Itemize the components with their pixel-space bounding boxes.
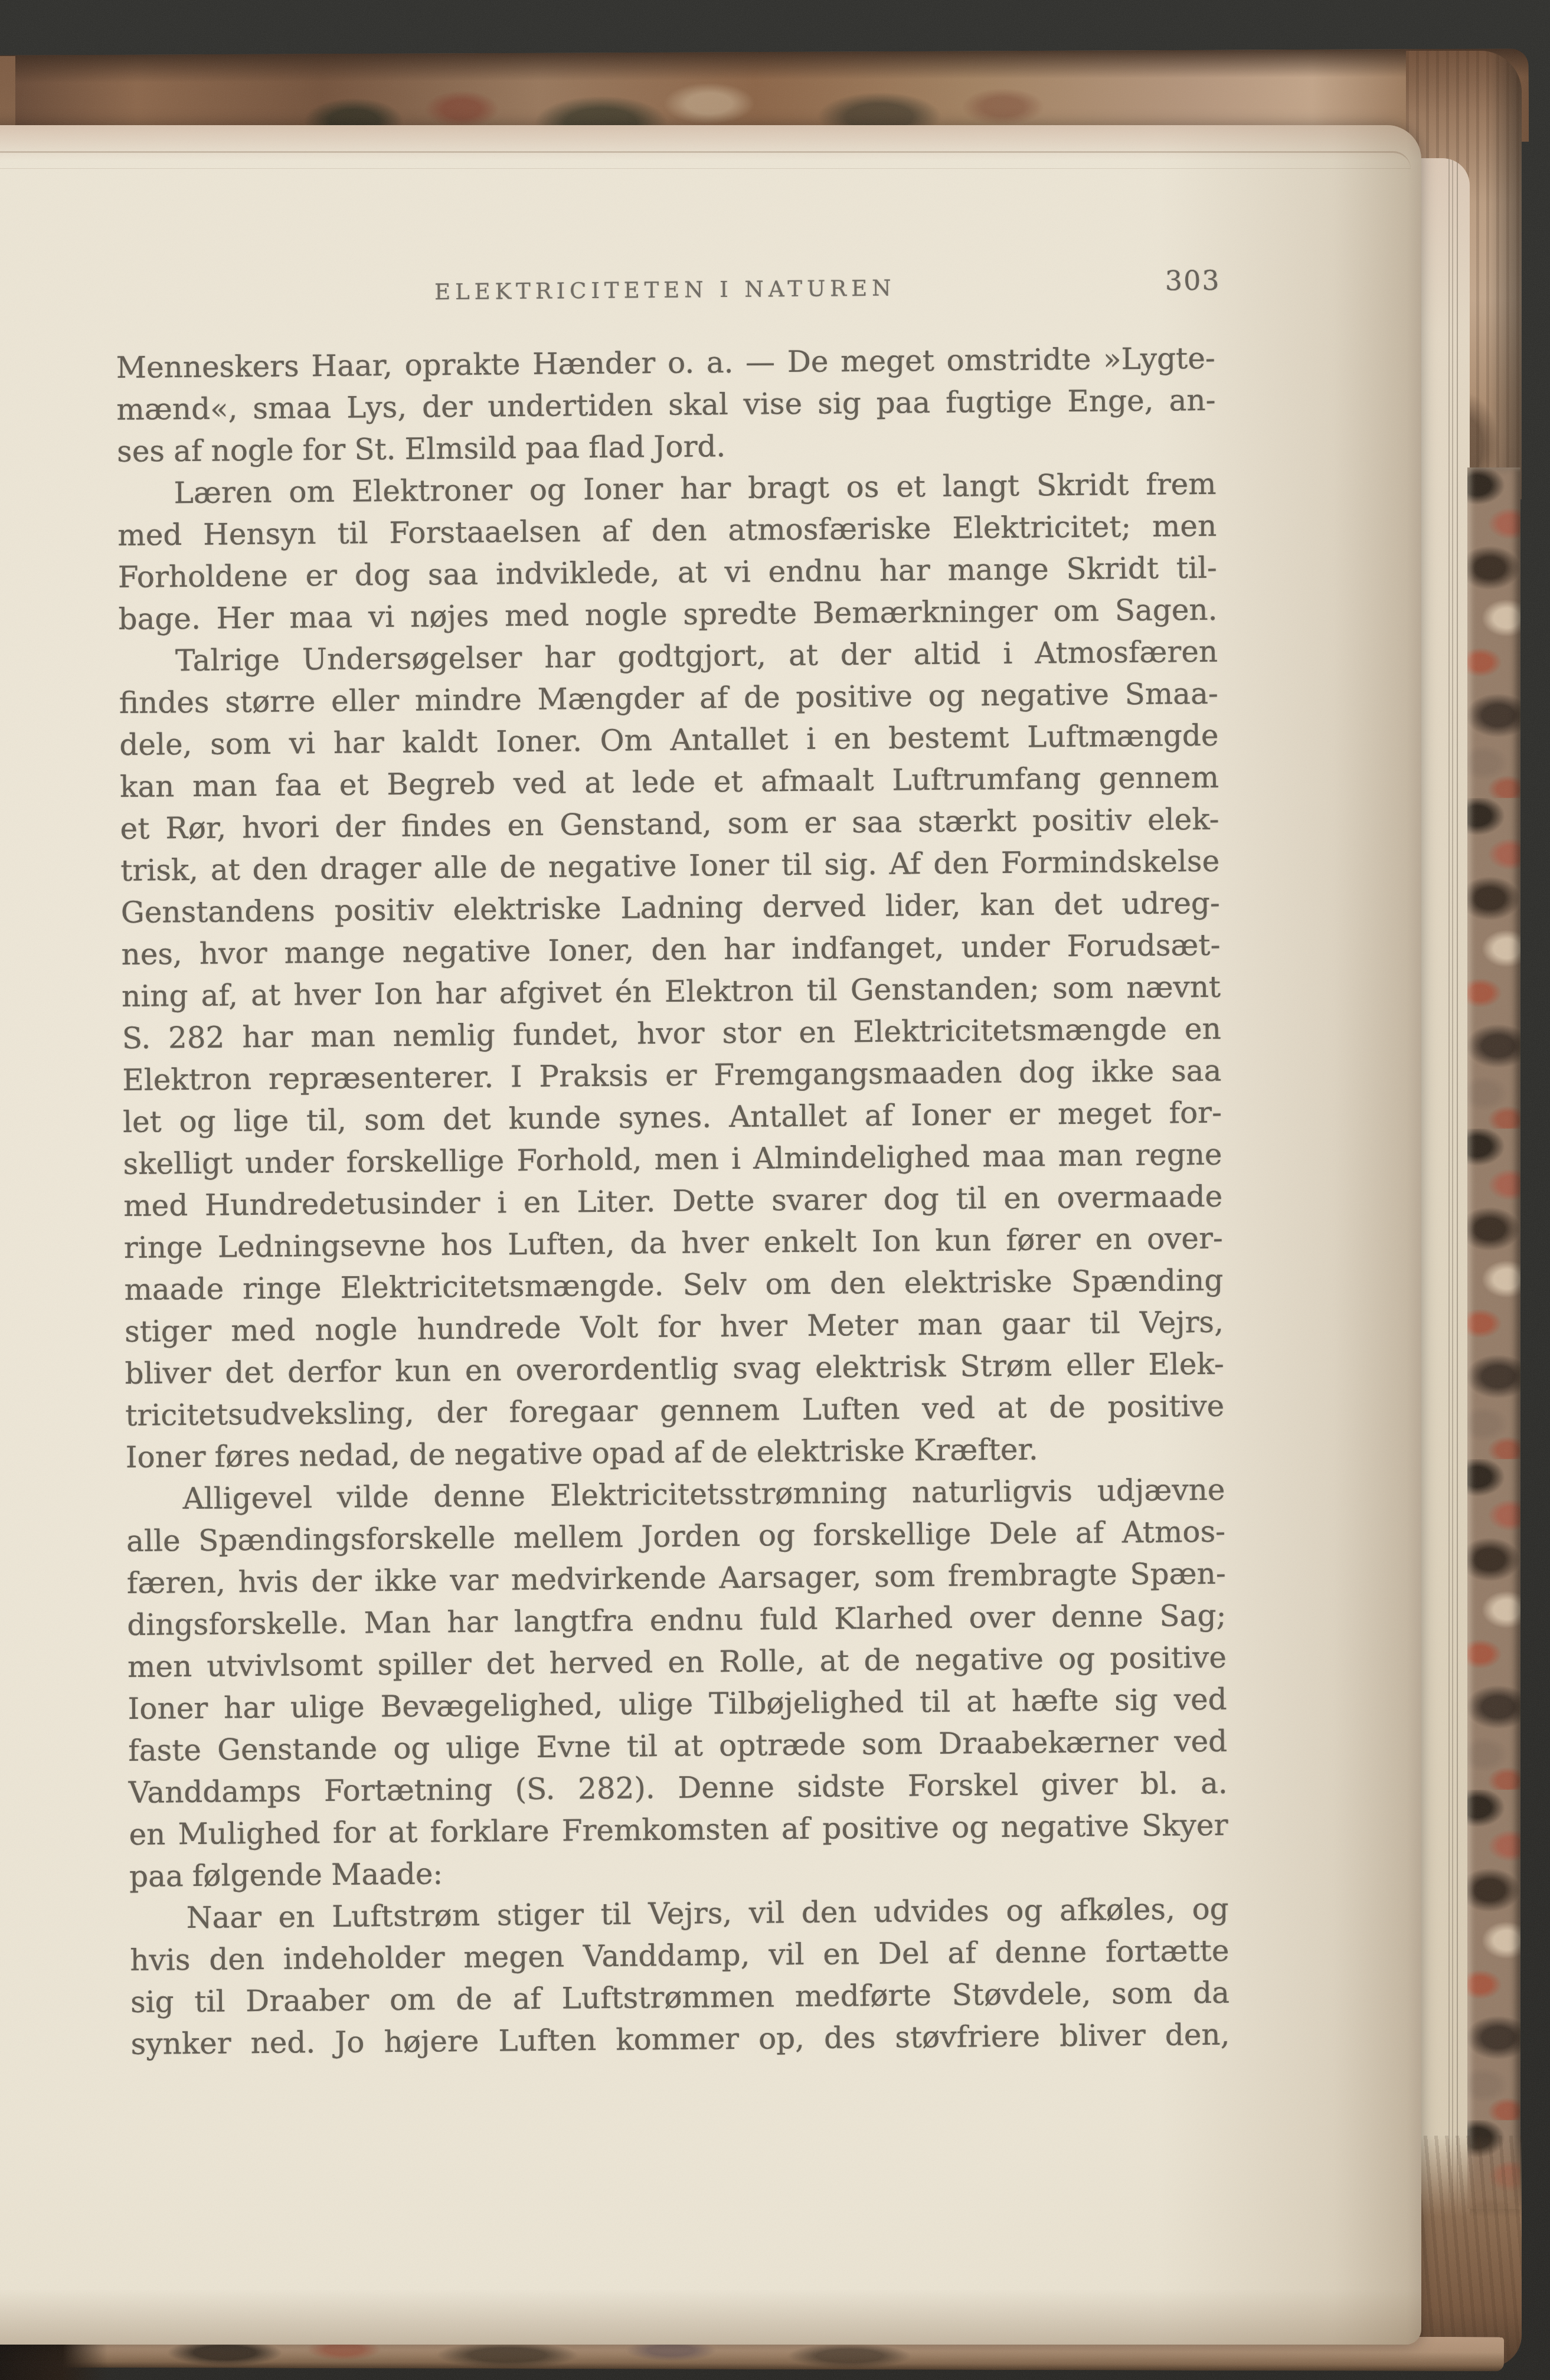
page-number: 303 <box>1165 264 1221 297</box>
scanned-book-photo: ELEKTRICITETEN I NATUREN 303 Menneskers … <box>0 0 1550 2380</box>
text-line: synker ned. Jo højere Luften kommer op, … <box>130 2014 1230 2065</box>
text-block: Menneskers Haar, oprakte Hænder o. a. — … <box>116 338 1230 2065</box>
page-title: ELEKTRICITETEN I NATUREN <box>434 273 896 308</box>
running-header: ELEKTRICITETEN I NATUREN 303 <box>116 270 1215 313</box>
printed-content: ELEKTRICITETEN I NATUREN 303 Menneskers … <box>0 0 1550 2380</box>
